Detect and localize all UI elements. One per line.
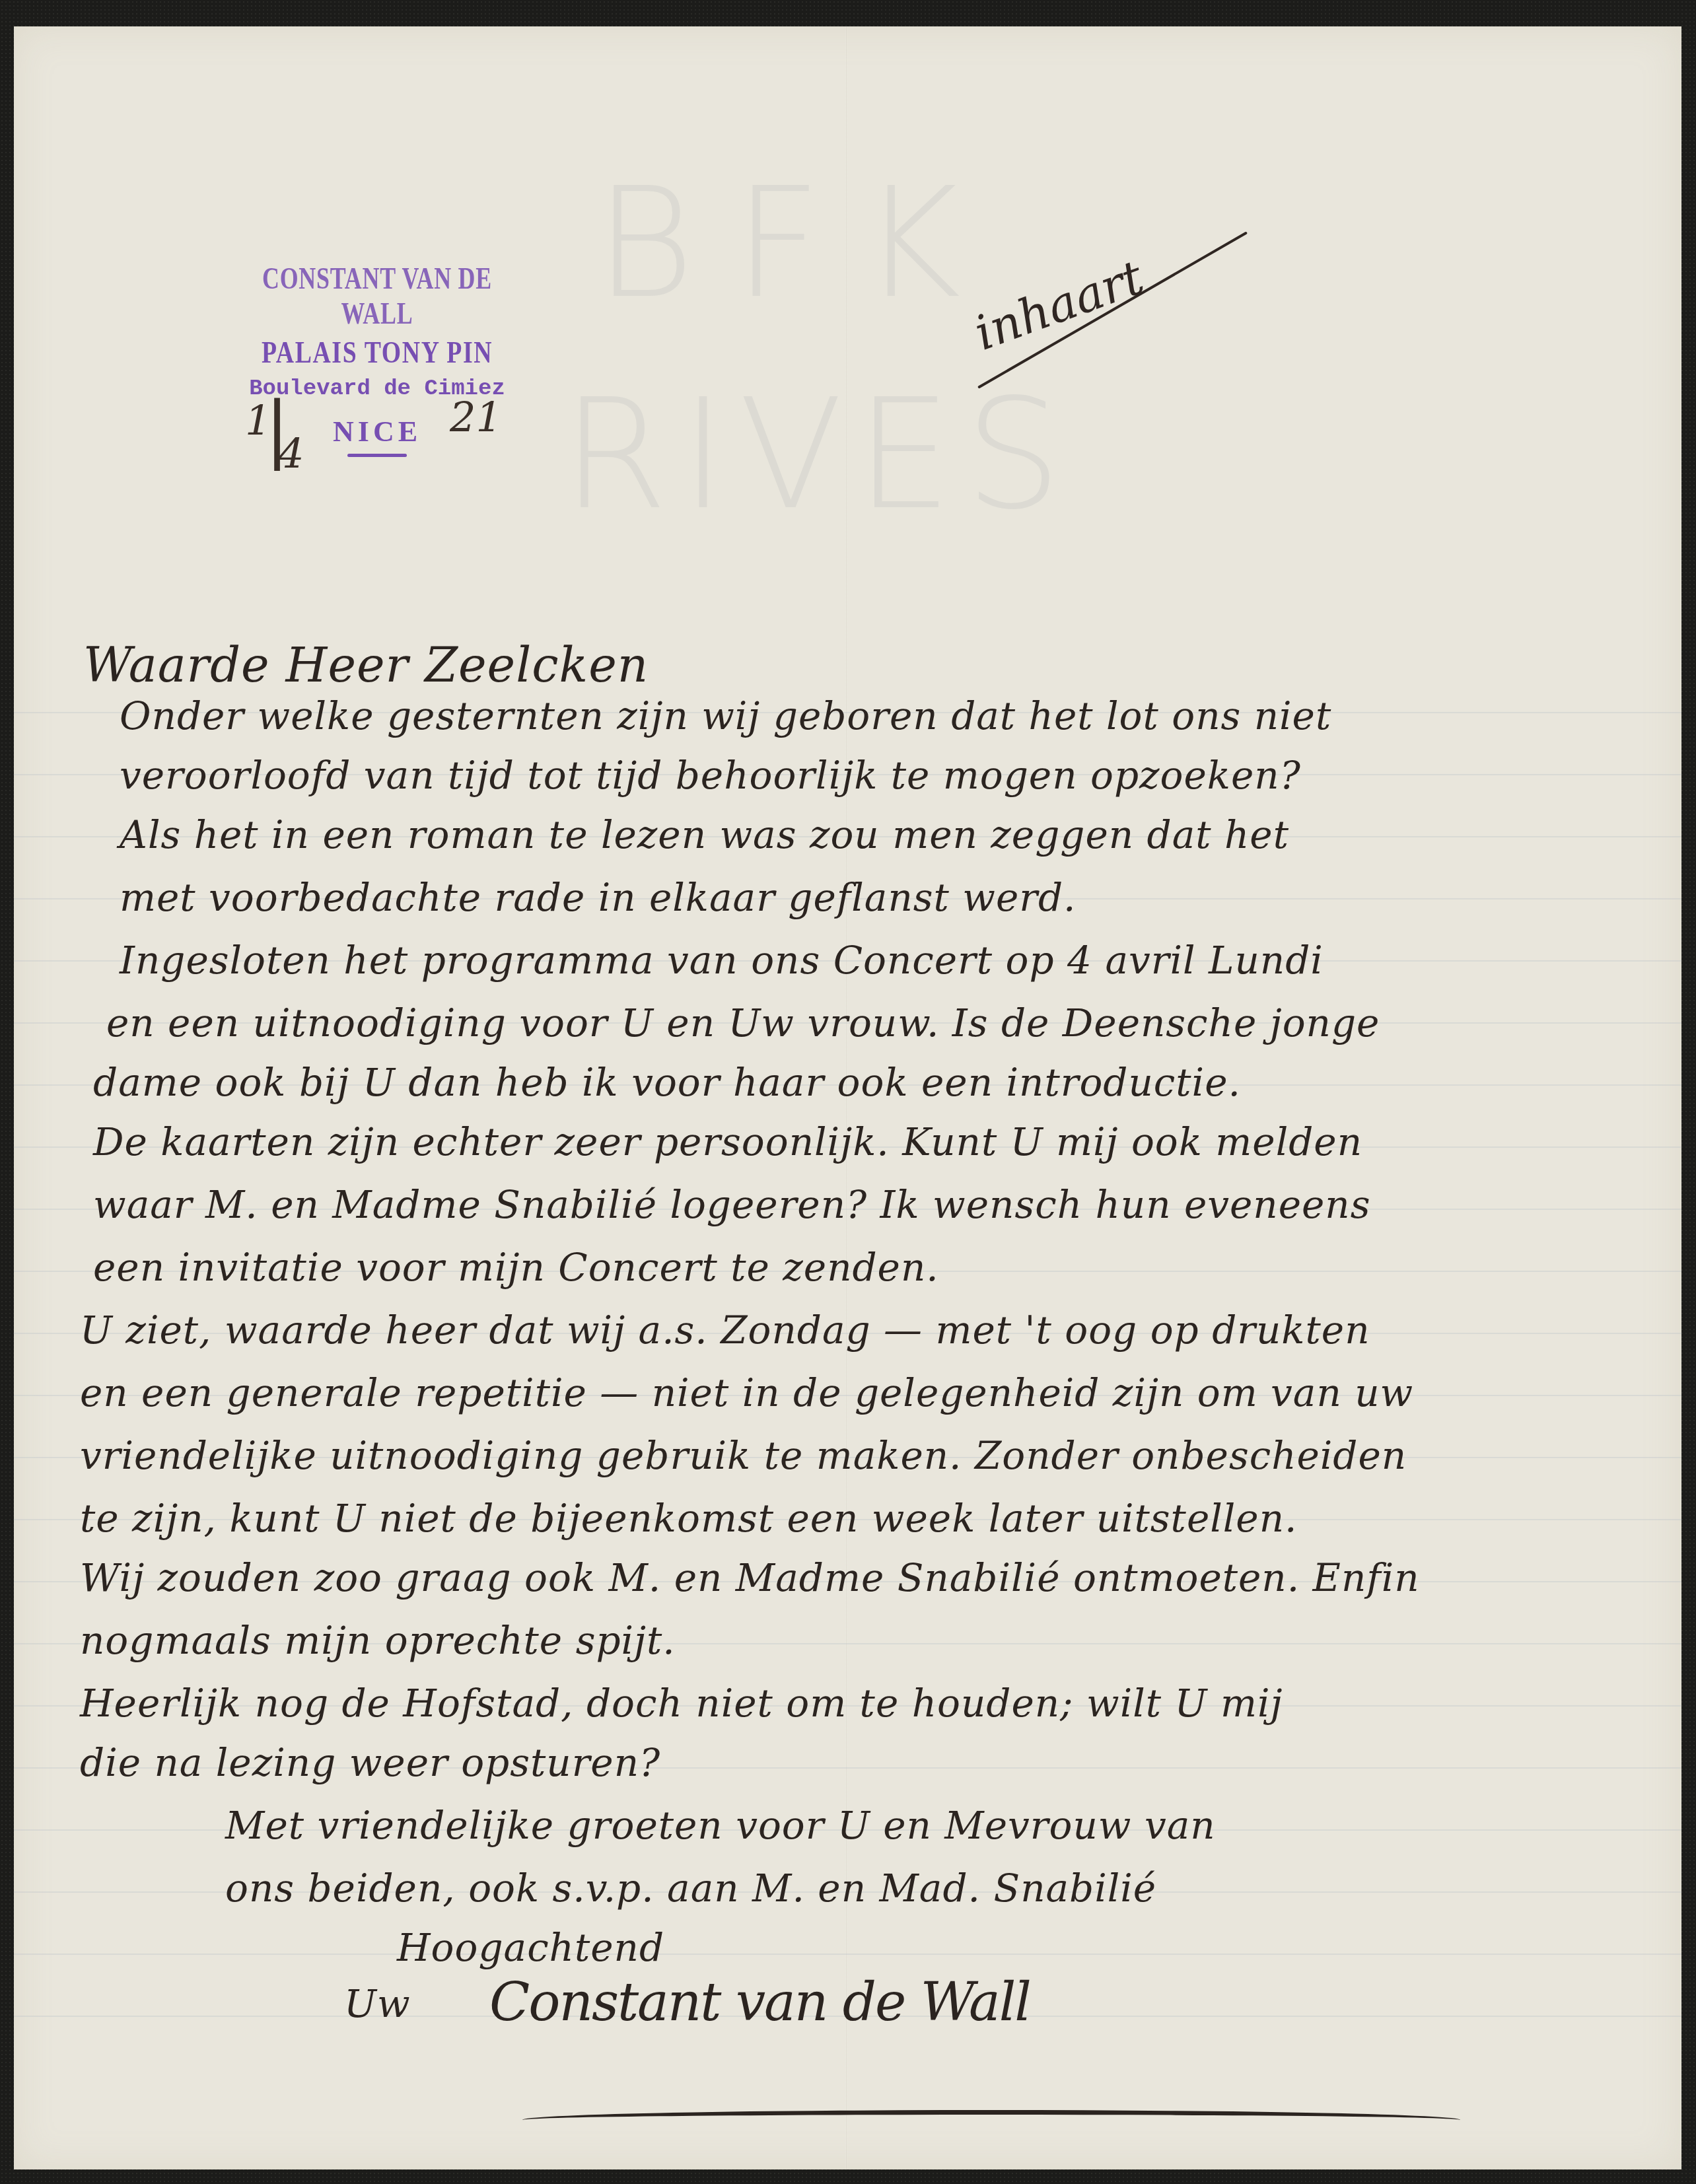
closing-line: ons beiden, ook s.v.p. aan M. en Mad. Sn… — [225, 1866, 1156, 1911]
letter-line: een invitatie voor mijn Concert te zende… — [93, 1245, 939, 1290]
date-month: 4 — [278, 429, 304, 477]
salutation: Waarde Heer Zeelcken — [83, 637, 649, 693]
letter-line: en een generale repetitie — niet in de g… — [80, 1370, 1413, 1415]
letter-line: nogmaals mijn oprechte spijt. — [80, 1618, 676, 1663]
closing-line: Met vriendelijke groeten voor U en Mevro… — [225, 1803, 1216, 1848]
letter-line: met voorbedachte rade in elkaar geflanst… — [120, 875, 1077, 920]
letter-line: U ziet, waarde heer dat wij a.s. Zondag … — [80, 1308, 1370, 1353]
ruled-line — [14, 1954, 1681, 1955]
letter-line: die na lezing weer opsturen? — [80, 1740, 660, 1785]
letter-line: De kaarten zijn echter zeer persoonlijk.… — [93, 1119, 1362, 1164]
letter-line: dame ook bij U dan heb ik voor haar ook … — [93, 1060, 1241, 1105]
valediction: Hoogachtend — [397, 1925, 664, 1970]
letter-line: en een uitnoodiging voor U en Uw vrouw. … — [106, 1001, 1380, 1045]
date-year: 21 — [450, 393, 502, 441]
letter-line: Heerlijk nog de Hofstad, doch niet om te… — [80, 1681, 1283, 1726]
valediction-uw: Uw — [344, 1981, 411, 2026]
letter-line: Onder welke gesternten zijn wij geboren … — [120, 693, 1331, 738]
signature: Constant van de Wall — [489, 1971, 1030, 2033]
letter-paper: BFK RIVES CONSTANT VAN DE WALL PALAIS TO… — [14, 26, 1681, 2169]
letter-line: Als het in een roman te lezen was zou me… — [120, 812, 1289, 857]
letter-line: veroorloofd van tijd tot tijd behoorlijk… — [120, 753, 1301, 798]
watermark-rives: RIVES — [562, 380, 1075, 532]
stamp-underline — [347, 454, 407, 457]
letter-line: vriendelijke uitnoodiging gebruik te mak… — [80, 1433, 1407, 1478]
letter-line: waar M. en Madme Snabilié logeeren? Ik w… — [93, 1182, 1370, 1227]
stamp-name: CONSTANT VAN DE WALL — [248, 261, 506, 331]
letter-line: Wij zouden zoo graag ook M. en Madme Sna… — [80, 1555, 1420, 1600]
letter-line: Ingesloten het programma van ons Concert… — [120, 938, 1324, 983]
stamp-building: PALAIS TONY PIN — [242, 335, 512, 370]
signature-flourish — [522, 2110, 1460, 2120]
watermark-bfk: BFK — [595, 168, 1001, 320]
letter-line: te zijn, kunt U niet de bijeenkomst een … — [80, 1496, 1297, 1541]
